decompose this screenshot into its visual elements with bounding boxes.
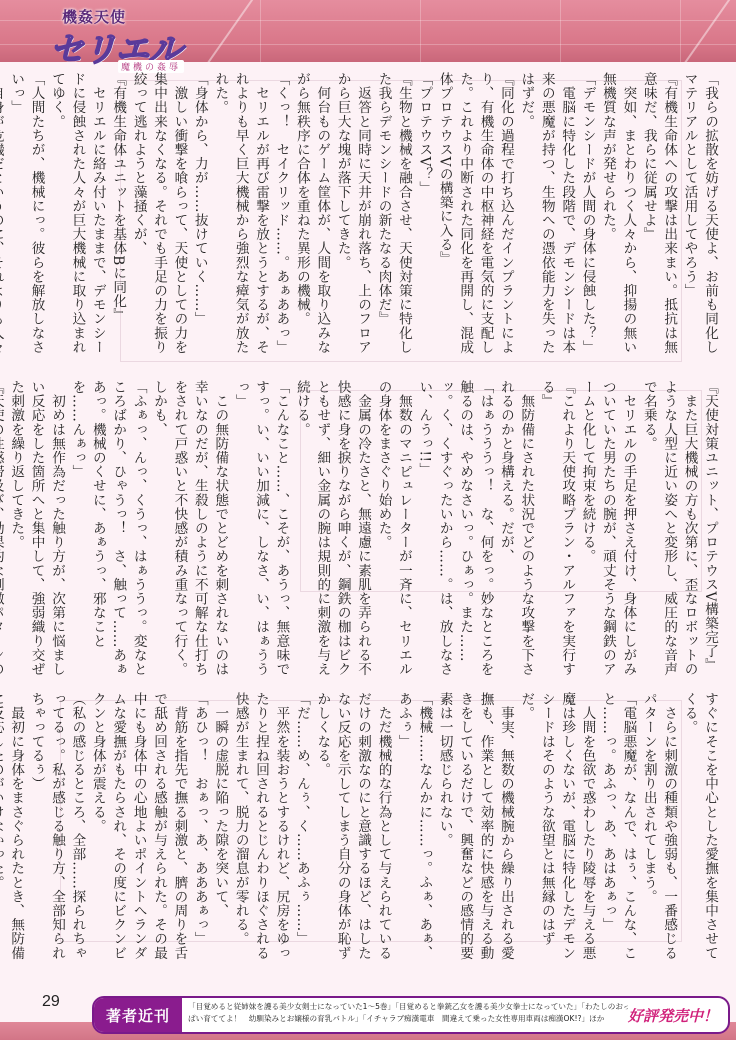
paragraph: 電脳に特化した段階で、デモンシードは本来の悪魔が持つ、生物への憑依能力を失ったは…	[516, 72, 577, 368]
paragraph: また巨大機械の方も次第に、歪なロボットのような人型に近い姿へと変形し、威圧的な音…	[638, 380, 699, 682]
paragraph: セリエルに絡み付いたままで、デモンシードに侵蝕された人々が巨大機械に取り込まれて…	[47, 72, 108, 368]
paragraph: 人間を色欲で惑わしたり陵辱を与える悪魔は珍しくないが、電脳に特化したデモンシード…	[516, 692, 598, 962]
on-sale-label: 好評発売中！	[628, 998, 728, 1032]
paragraph: さらに刺激の種類や強弱も、一番感じるパターンを割り出されてしまう。	[638, 692, 679, 962]
paragraph: 「こんなこと……、こそが、あうっ、無意味ですっ。い、いい加減に、しなさ、い、はぁ…	[230, 380, 291, 682]
paragraph: 『生物と機械を融合させ、天使対策に特化した我らデモンシードの新たなる肉体だ』	[373, 72, 414, 368]
paragraph: 事実、無数の機械腕から繰り出される愛撫も、作業として効率的に快感を与える動きをし…	[434, 692, 516, 962]
text-block-top: 「我らの拡散を妨げる天使よ、お前も同化しマテリアルとして活用してやろう」 『有機…	[48, 72, 720, 368]
promo-line-1: 「目覚めると従姉妹を護る美少女剣士になっていた1～5巻」「目覚めると拳銃乙女を護…	[188, 1001, 622, 1013]
promo-label: 著者近刊	[94, 998, 182, 1032]
paragraph: 『これより天使攻略プラン・アルファを実行する』	[536, 380, 577, 682]
paragraph: 最初に身体をまさぐられたとき、無防備に反応したのがいけなかった。	[0, 692, 26, 962]
paragraph: セリエルの手足を押さえ付け、身体にしがみついていた男たちの腕が、頑丈そうな鋼鉄の…	[577, 380, 638, 682]
paragraph: 「機械……なんかに……っ。ふぁ、あぁ、あふぅ」	[394, 692, 435, 962]
decor-diagonal	[196, 0, 266, 62]
paragraph: 『有機生命体への攻撃は出来まい。抵抗は無意味だ、我らに従属せよ』	[638, 72, 679, 368]
decor-line	[560, 0, 561, 62]
paragraph: 無防備にされた状況でどのような攻撃を下されるのかと身構える。だが、	[496, 380, 537, 682]
paragraph: 「ふぁっ、んっ、くうっ、はぁううっ。変なところばかり、ひゃうっ！ さ、触って………	[67, 380, 149, 682]
promo-text: 「目覚めると従姉妹を護る美少女剣士になっていた1～5巻」「目覚めると拳銃乙女を護…	[182, 998, 628, 1032]
promo-line-2: ぱい育ててよ！ 幼馴染みとお嬢様の育乳バトル」「イチャラブ痴漢電車 間違えて乗っ…	[188, 1013, 622, 1025]
paragraph: 『同化の過程で打ち込んだインプラントにより、有機生命体の中枢神経を電気的に支配し…	[434, 72, 516, 368]
paragraph: 無数のマニピュレーターが一斉に、セリエルの身体をまさぐり始めた。	[373, 380, 414, 682]
decor-line	[680, 0, 681, 62]
paragraph: 激しい衝撃を喰らって、天使としての力を集中出来なくなる。それでも手足の力を振り絞…	[128, 72, 189, 368]
paragraph: 「プロテウスV？」	[414, 72, 434, 368]
decor-line	[260, 0, 261, 62]
paragraph: 『天使対策ユニット、プロテウスV構築完了』	[700, 380, 720, 682]
paragraph: 「あひっ！ おぁっ、あ、あああぁっ」	[189, 692, 209, 962]
paragraph: 「身体から、力が……抜けていく……」	[189, 72, 209, 368]
paragraph: 『有機生命体ユニットを基体Bに同化』	[108, 72, 128, 368]
paragraph: 何台ものゲーム筐体が、人間を取り込みながら無秩序に合体を重ねた異形の機械。	[291, 72, 332, 368]
paragraph: 初めは無作為だった触り方が、次第に悩ましい反応をした箇所へと集中して、強弱織り交…	[6, 380, 67, 682]
paragraph: 「デモンシードが人間の身体に侵蝕した？」	[577, 72, 597, 368]
paragraph: 金属の冷たさと、無遠慮に素肌を弄られる不快感に身を捩りながら呻くが、鋼鉄の枷はビ…	[291, 380, 373, 682]
paragraph: 「電脳悪魔が、なんで、はぅ、こんな、こと……っ。あふっ、あ、あはあぁっ」	[598, 692, 639, 962]
paragraph: 一瞬の虚脱に陥った隙を突いて、	[210, 692, 230, 962]
paragraph: セリエルが再び雷撃を放とうとするが、それよりも早く巨大機械から強烈な瘴気が放たれ…	[210, 72, 271, 368]
paragraph: 平然を装おうとするけれど、尻房をゆったりと捏ね回されるとじんわりほぐされる快感が…	[230, 692, 291, 962]
paragraph: すぐにそこを中心とした愛撫を集中させてくる。	[679, 692, 720, 962]
promo-banner: 著者近刊 「目覚めると従姉妹を護る美少女剣士になっていた1～5巻」「目覚めると拳…	[92, 996, 730, 1034]
page-number: 29	[42, 993, 60, 1011]
paragraph: 返答と同時に天井が崩れ落ち、上のフロアから巨大な塊が落下してきた。	[332, 72, 373, 368]
paragraph: 背筋を指先で撫る刺激と、臍の周りを舌で舐め回される感触が与えられた。その最中にも…	[87, 692, 189, 962]
paragraph: 「くっ！ セイクリッド……。あぁああっ」	[271, 72, 291, 368]
paragraph: 『天使の性感帯及び、効果的な刺激パターンの走査を続行。臀部、腹部、背部、腕部、脚…	[0, 380, 6, 682]
paragraph: 突如、まとわりつく人々から、抑揚の無い無機質な声が発せられた。	[598, 72, 639, 368]
paragraph: この無防備な状態でとどめを刺されないのは幸いなのだが、生殺しのように不可解な仕打…	[149, 380, 231, 682]
paragraph: （私の感じるところ、全部……探られちゃってるっ。私が感じる触り方、全部知られちゃ…	[26, 692, 87, 962]
text-block-middle: 『天使対策ユニット、プロテウスV構築完了』 また巨大機械の方も次第に、歪なロボッ…	[48, 380, 720, 682]
paragraph: 「だ……め、んぅ、く……あふぅ……」	[291, 692, 311, 962]
title-logo: 機姦天使 セリエル 魔機の姦辱	[40, 6, 190, 70]
decor-diagonal	[666, 0, 736, 62]
decor-line	[420, 0, 421, 62]
paragraph: 自身が危機だというのに、それよりも人々の身を案じる。しかしみるみるうちに人々の身…	[0, 72, 6, 368]
text-block-bottom: すぐにそこを中心とした愛撫を集中させてくる。 さらに刺激の種類や強弱も、一番感じ…	[48, 692, 720, 962]
paragraph: ただ機械的な行為として与えられているだけの刺激なのにと意識するほど、はしたない反…	[312, 692, 394, 962]
paragraph: 「はぁうううっ！ な、何をっ。妙なところを触るのは、やめなさいっ。ひぁっ。また……	[414, 380, 496, 682]
paragraph: 「人間たちが、機械にっ。彼らを解放しなさいっ」	[6, 72, 47, 368]
paragraph: 「我らの拡散を妨げる天使よ、お前も同化しマテリアルとして活用してやろう」	[679, 72, 720, 368]
